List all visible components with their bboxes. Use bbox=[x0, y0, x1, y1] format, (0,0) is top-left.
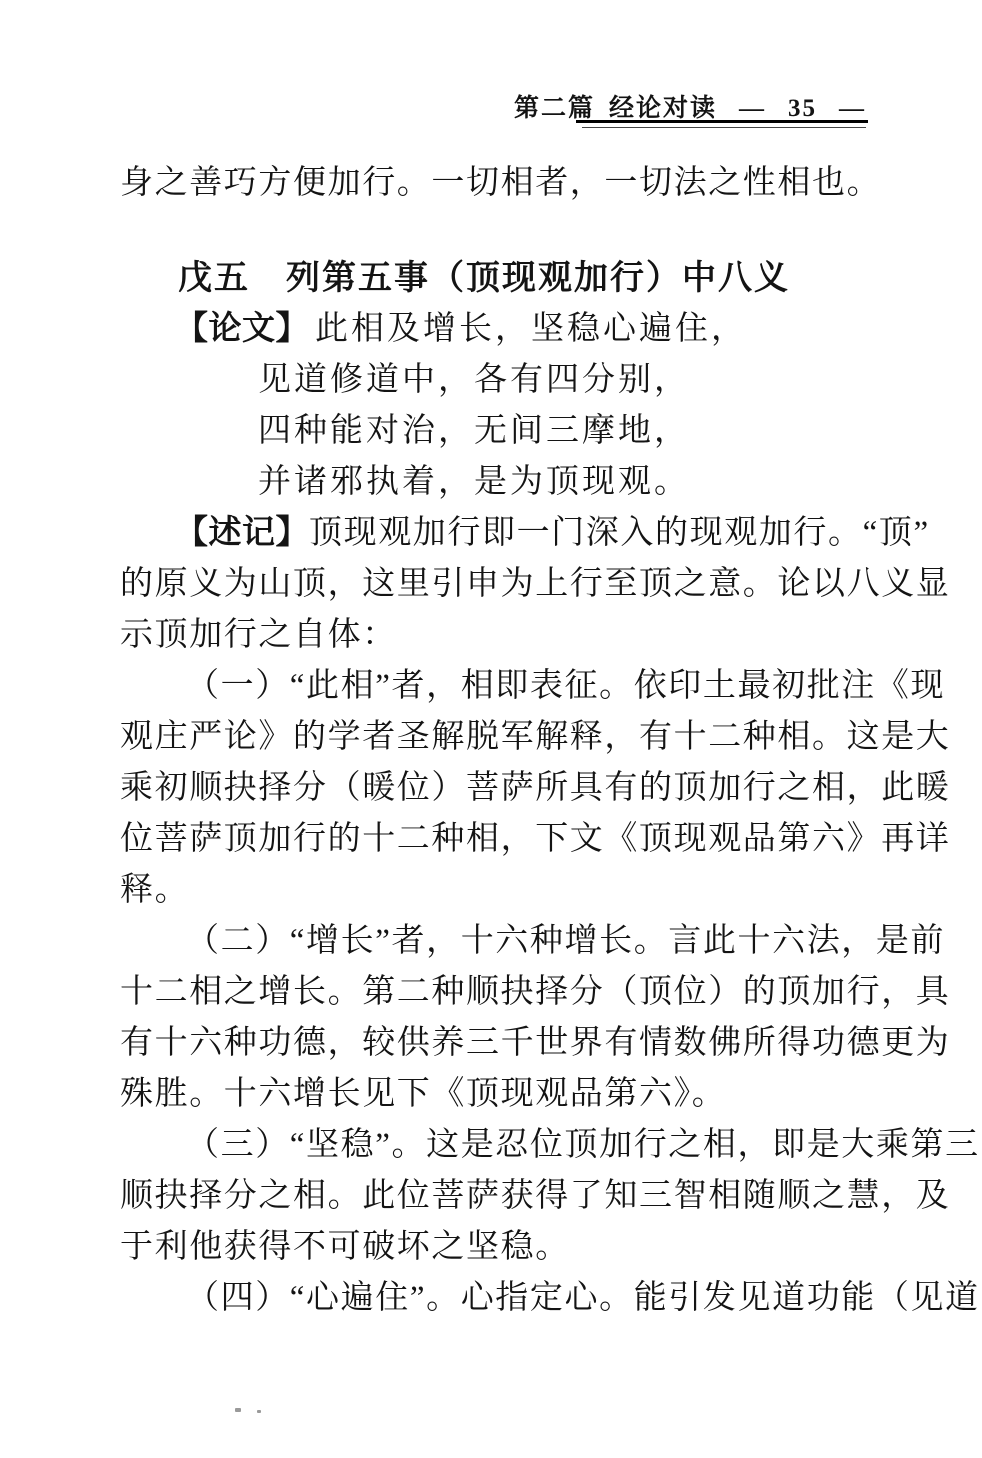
scanned-book-page: 第二篇经论对读—35— 身之善巧方便加行。一切相者，一切法之性相也。 戊五 列第… bbox=[0, 0, 982, 1458]
paragraph-line: 顶现观加行即一门深入的现观加行。“顶” bbox=[309, 515, 930, 551]
verse-line: 四种能对治，无间三摩地， bbox=[120, 406, 920, 457]
paragraph-line: 的原义为山顶，这里引申为上行至顶之意。论以八义显 bbox=[120, 559, 920, 610]
running-head-dash-left: — bbox=[739, 95, 766, 122]
running-head-page-number: 35 bbox=[788, 95, 817, 122]
header-rule-thick bbox=[576, 120, 868, 123]
verse-line: 并诸邪执着，是为顶现观。 bbox=[120, 457, 920, 508]
scan-artifact-speck bbox=[235, 1408, 241, 1412]
scan-artifact-speck bbox=[257, 1410, 261, 1413]
vertical-gap bbox=[120, 209, 920, 253]
running-head-part: 第二篇 bbox=[514, 95, 595, 122]
section-heading: 戊五 列第五事（顶现观加行）中八义 bbox=[120, 253, 920, 304]
paragraph-line: 有十六种功德，较供养三千世界有情数佛所得功德更为 bbox=[120, 1018, 920, 1069]
verse-line: 见道修道中，各有四分别， bbox=[120, 355, 920, 406]
running-head: 第二篇经论对读—35— bbox=[514, 88, 866, 124]
paragraph-line: （二）“增长”者，十六种增长。言此十六法，是前 bbox=[120, 916, 920, 967]
paragraph-line: 观庄严论》的学者圣解脱军解释，有十二种相。这是大 bbox=[120, 712, 920, 763]
paragraph-line: 于利他获得不可破坏之坚稳。 bbox=[120, 1222, 920, 1273]
shuji-label: 【述记】 bbox=[175, 515, 309, 551]
paragraph-line: 十二相之增长。第二种顺抉择分（顶位）的顶加行，具 bbox=[120, 967, 920, 1018]
lunwen-label: 【论文】 bbox=[175, 311, 309, 347]
paragraph-line: （三）“坚稳”。这是忍位顶加行之相，即是大乘第三 bbox=[120, 1120, 920, 1171]
header-rule-thin bbox=[582, 127, 866, 128]
verse-line: 此相及增长，坚稳心遍住， bbox=[309, 311, 747, 347]
paragraph-line: 殊胜。十六增长见下《顶现观品第六》。 bbox=[120, 1069, 920, 1120]
running-head-dash-right: — bbox=[839, 95, 866, 122]
shuji-line-1: 【述记】顶现观加行即一门深入的现观加行。“顶” bbox=[120, 508, 920, 559]
paragraph-line: 释。 bbox=[120, 865, 920, 916]
paragraph-line: （四）“心遍住”。心指定心。能引发见道功能（见道 bbox=[120, 1273, 920, 1324]
page-body: 身之善巧方便加行。一切相者，一切法之性相也。 戊五 列第五事（顶现观加行）中八义… bbox=[120, 158, 920, 1324]
paragraph-line: 位菩萨顶加行的十二种相，下文《顶现观品第六》再详 bbox=[120, 814, 920, 865]
paragraph-line: （一）“此相”者，相即表征。依印土最初批注《现 bbox=[120, 661, 920, 712]
running-head-title: 经论对读 bbox=[609, 95, 717, 122]
paragraph-line: 顺抉择分之相。此位菩萨获得了知三智相随顺之慧，及 bbox=[120, 1171, 920, 1222]
text-line-intro: 身之善巧方便加行。一切相者，一切法之性相也。 bbox=[120, 158, 920, 209]
lunwen-line-1: 【论文】此相及增长，坚稳心遍住， bbox=[120, 304, 920, 355]
paragraph-line: 示顶加行之自体： bbox=[120, 610, 920, 661]
paragraph-line: 乘初顺抉择分（暖位）菩萨所具有的顶加行之相，此暖 bbox=[120, 763, 920, 814]
